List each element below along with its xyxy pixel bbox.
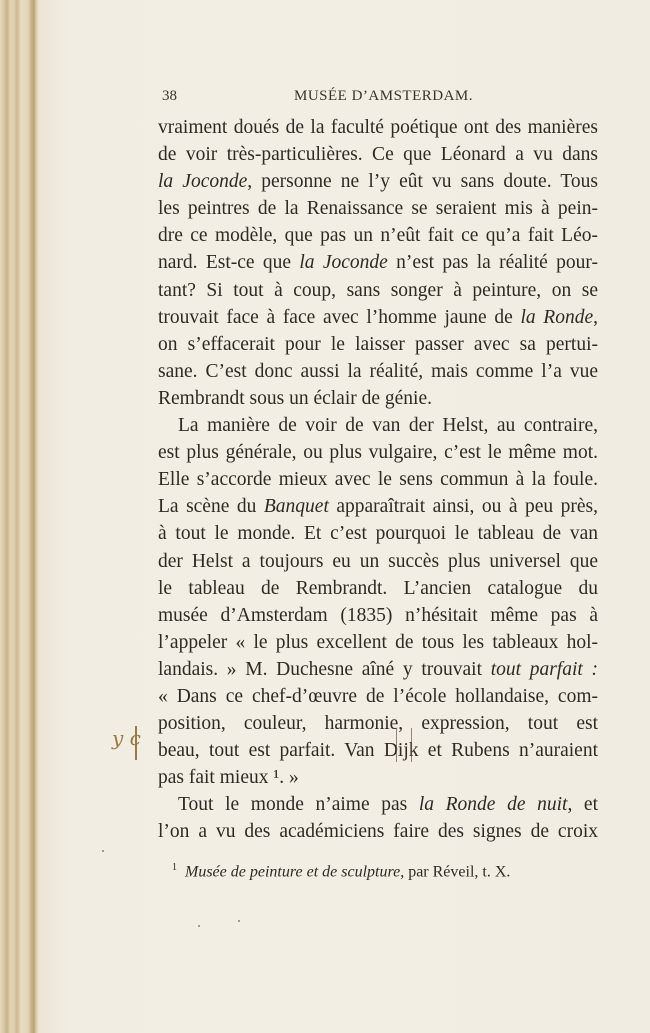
text-line: « Dans ce chef-d’œuvre de l’école hollan… <box>158 683 598 710</box>
italic-title: la Ronde <box>520 307 593 328</box>
text-run: n’est pas la réalité pour- <box>388 252 598 273</box>
text-run: apparaîtrait ainsi, ou à peu près, <box>329 496 598 517</box>
italic-phrase: tout parfait : <box>491 659 598 680</box>
italic-title: la Joconde <box>158 171 247 192</box>
text-run: , et <box>567 794 598 815</box>
text-run: nard. Est-ce que <box>158 252 299 273</box>
footnote-text: , par Réveil, t. X. <box>400 863 510 880</box>
text-run: La scène du <box>158 496 264 517</box>
text-line: La manière de voir de van der Helst, au … <box>158 412 598 439</box>
text-line: La scène du Banquet apparaîtrait ainsi, … <box>158 493 598 520</box>
text-line: pas fait mieux ¹. » <box>158 764 598 791</box>
text-line: musée d’Amsterdam (1835) n’hésitait même… <box>158 602 598 629</box>
text-line: l’on a vu des académiciens faire des sig… <box>158 818 598 845</box>
book-page-edges <box>0 0 40 1033</box>
text-line: la Joconde, personne ne l’y eût vu sans … <box>158 168 598 195</box>
text-line: dre ce modèle, que pas un n’eût fait ce … <box>158 222 598 249</box>
text-run: , personne ne l’y eût vu sans doute. Tou… <box>247 171 598 192</box>
text-line: l’appeler « le plus excellent de tous le… <box>158 629 598 656</box>
text-line: est plus générale, ou plus vulgaire, c’e… <box>158 439 598 466</box>
page-number: 38 <box>162 88 177 105</box>
margin-pencil-line <box>135 726 137 760</box>
text-line: nard. Est-ce que la Joconde n’est pas la… <box>158 249 598 276</box>
text-line: Rembrandt sous un éclair de génie. <box>158 385 598 412</box>
text-line: de voir très-particulières. Ce que Léona… <box>158 141 598 168</box>
text-line: Tout le monde n’aime pas la Ronde de nui… <box>158 791 598 818</box>
footnote: 1Musée de peinture et de sculpture, par … <box>172 862 592 881</box>
text-run: trouvait face à face avec l’homme jaune … <box>158 307 520 328</box>
text-line: der Helst a toujours eu un succès plus u… <box>158 548 598 575</box>
text-line: on s’effacerait pour le laisser passer a… <box>158 331 598 358</box>
text-line: landais. » M. Duchesne aîné y trouvait t… <box>158 656 598 683</box>
text-run: , <box>593 307 598 328</box>
paper-speck <box>102 850 104 852</box>
text-line: beau, tout est parfait. Van Dijk et Rube… <box>158 737 598 764</box>
text-line: vraiment doués de la faculté poétique on… <box>158 114 598 141</box>
running-title: MUSÉE D’AMSTERDAM. <box>294 88 473 105</box>
text-line: trouvait face à face avec l’homme jaune … <box>158 304 598 331</box>
pencil-correction-mark <box>396 728 412 762</box>
text-line: le tableau de Rembrandt. L’ancien catalo… <box>158 575 598 602</box>
italic-title: Banquet <box>264 496 329 517</box>
text-line: tant? Si tout à coup, sans songer à pein… <box>158 277 598 304</box>
text-line: les peintres de la Renaissance se seraie… <box>158 195 598 222</box>
text-line: sane. C’est donc aussi la réalité, mais … <box>158 358 598 385</box>
paper-speck <box>198 925 200 927</box>
paper-speck <box>238 920 240 922</box>
italic-title: la Ronde de nuit <box>419 794 568 815</box>
handwritten-margin-note: y c <box>112 726 141 750</box>
text-line: position, couleur, harmonie, expression,… <box>158 710 598 737</box>
footnote-marker: 1 <box>172 862 177 873</box>
text-line: Elle s’accorde mieux avec le sens commun… <box>158 466 598 493</box>
text-run: Tout le monde n’aime pas <box>178 794 419 815</box>
italic-title: la Joconde <box>299 252 387 273</box>
text-line: à tout le monde. Et c’est pourquoi le ta… <box>158 520 598 547</box>
footnote-title: Musée de peinture et de sculpture <box>185 863 400 880</box>
text-run: landais. » M. Duchesne aîné y trouvait <box>158 659 491 680</box>
running-head: 38 MUSÉE D’AMSTERDAM. <box>162 88 602 108</box>
body-text: vraiment doués de la faculté poétique on… <box>158 114 598 846</box>
